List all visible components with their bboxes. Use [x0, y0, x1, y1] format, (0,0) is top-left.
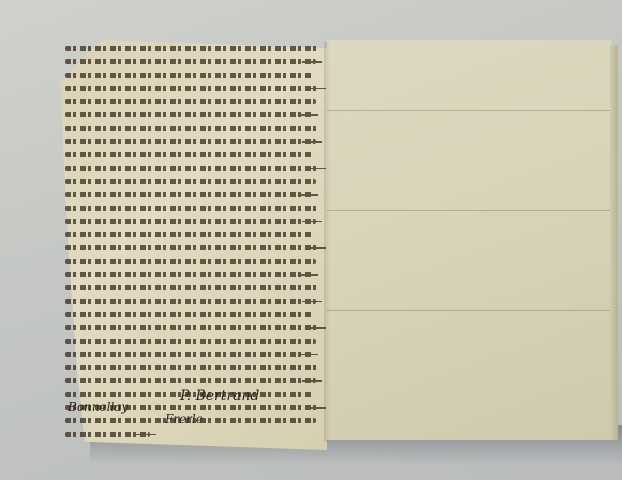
- text-line: [65, 348, 320, 361]
- text-line: [65, 268, 320, 281]
- text-line: [65, 108, 320, 121]
- text-line: [65, 295, 320, 308]
- text-line: [65, 69, 320, 82]
- text-line: [65, 162, 320, 175]
- text-line: [65, 321, 320, 334]
- page-edge: [610, 45, 618, 440]
- handwritten-text: [65, 42, 320, 441]
- text-line: [65, 374, 320, 387]
- text-line: [65, 241, 320, 254]
- text-line: [65, 55, 320, 68]
- book-gutter: [324, 42, 330, 442]
- text-line: [65, 42, 320, 55]
- fold-line: [327, 110, 612, 111]
- text-line: [65, 122, 320, 135]
- signature-frerle: Frerle: [165, 412, 203, 426]
- right-page: [327, 40, 612, 440]
- text-line: [65, 335, 320, 348]
- text-line: [65, 202, 320, 215]
- text-line: [65, 281, 320, 294]
- fold-line: [327, 210, 612, 211]
- text-line: [65, 82, 320, 95]
- text-line: [65, 361, 320, 374]
- text-line: [65, 228, 320, 241]
- fold-line: [327, 310, 612, 311]
- text-line: [65, 188, 320, 201]
- signature-bertrand: P. Bertrand: [180, 388, 259, 404]
- text-line: [65, 95, 320, 108]
- text-line: [65, 255, 320, 268]
- text-line: [65, 428, 320, 441]
- text-line: [65, 175, 320, 188]
- signature-bonnellay: Bonnellay: [68, 400, 128, 414]
- text-line: [65, 215, 320, 228]
- text-line: [65, 308, 320, 321]
- text-line: [65, 148, 320, 161]
- text-line: [65, 135, 320, 148]
